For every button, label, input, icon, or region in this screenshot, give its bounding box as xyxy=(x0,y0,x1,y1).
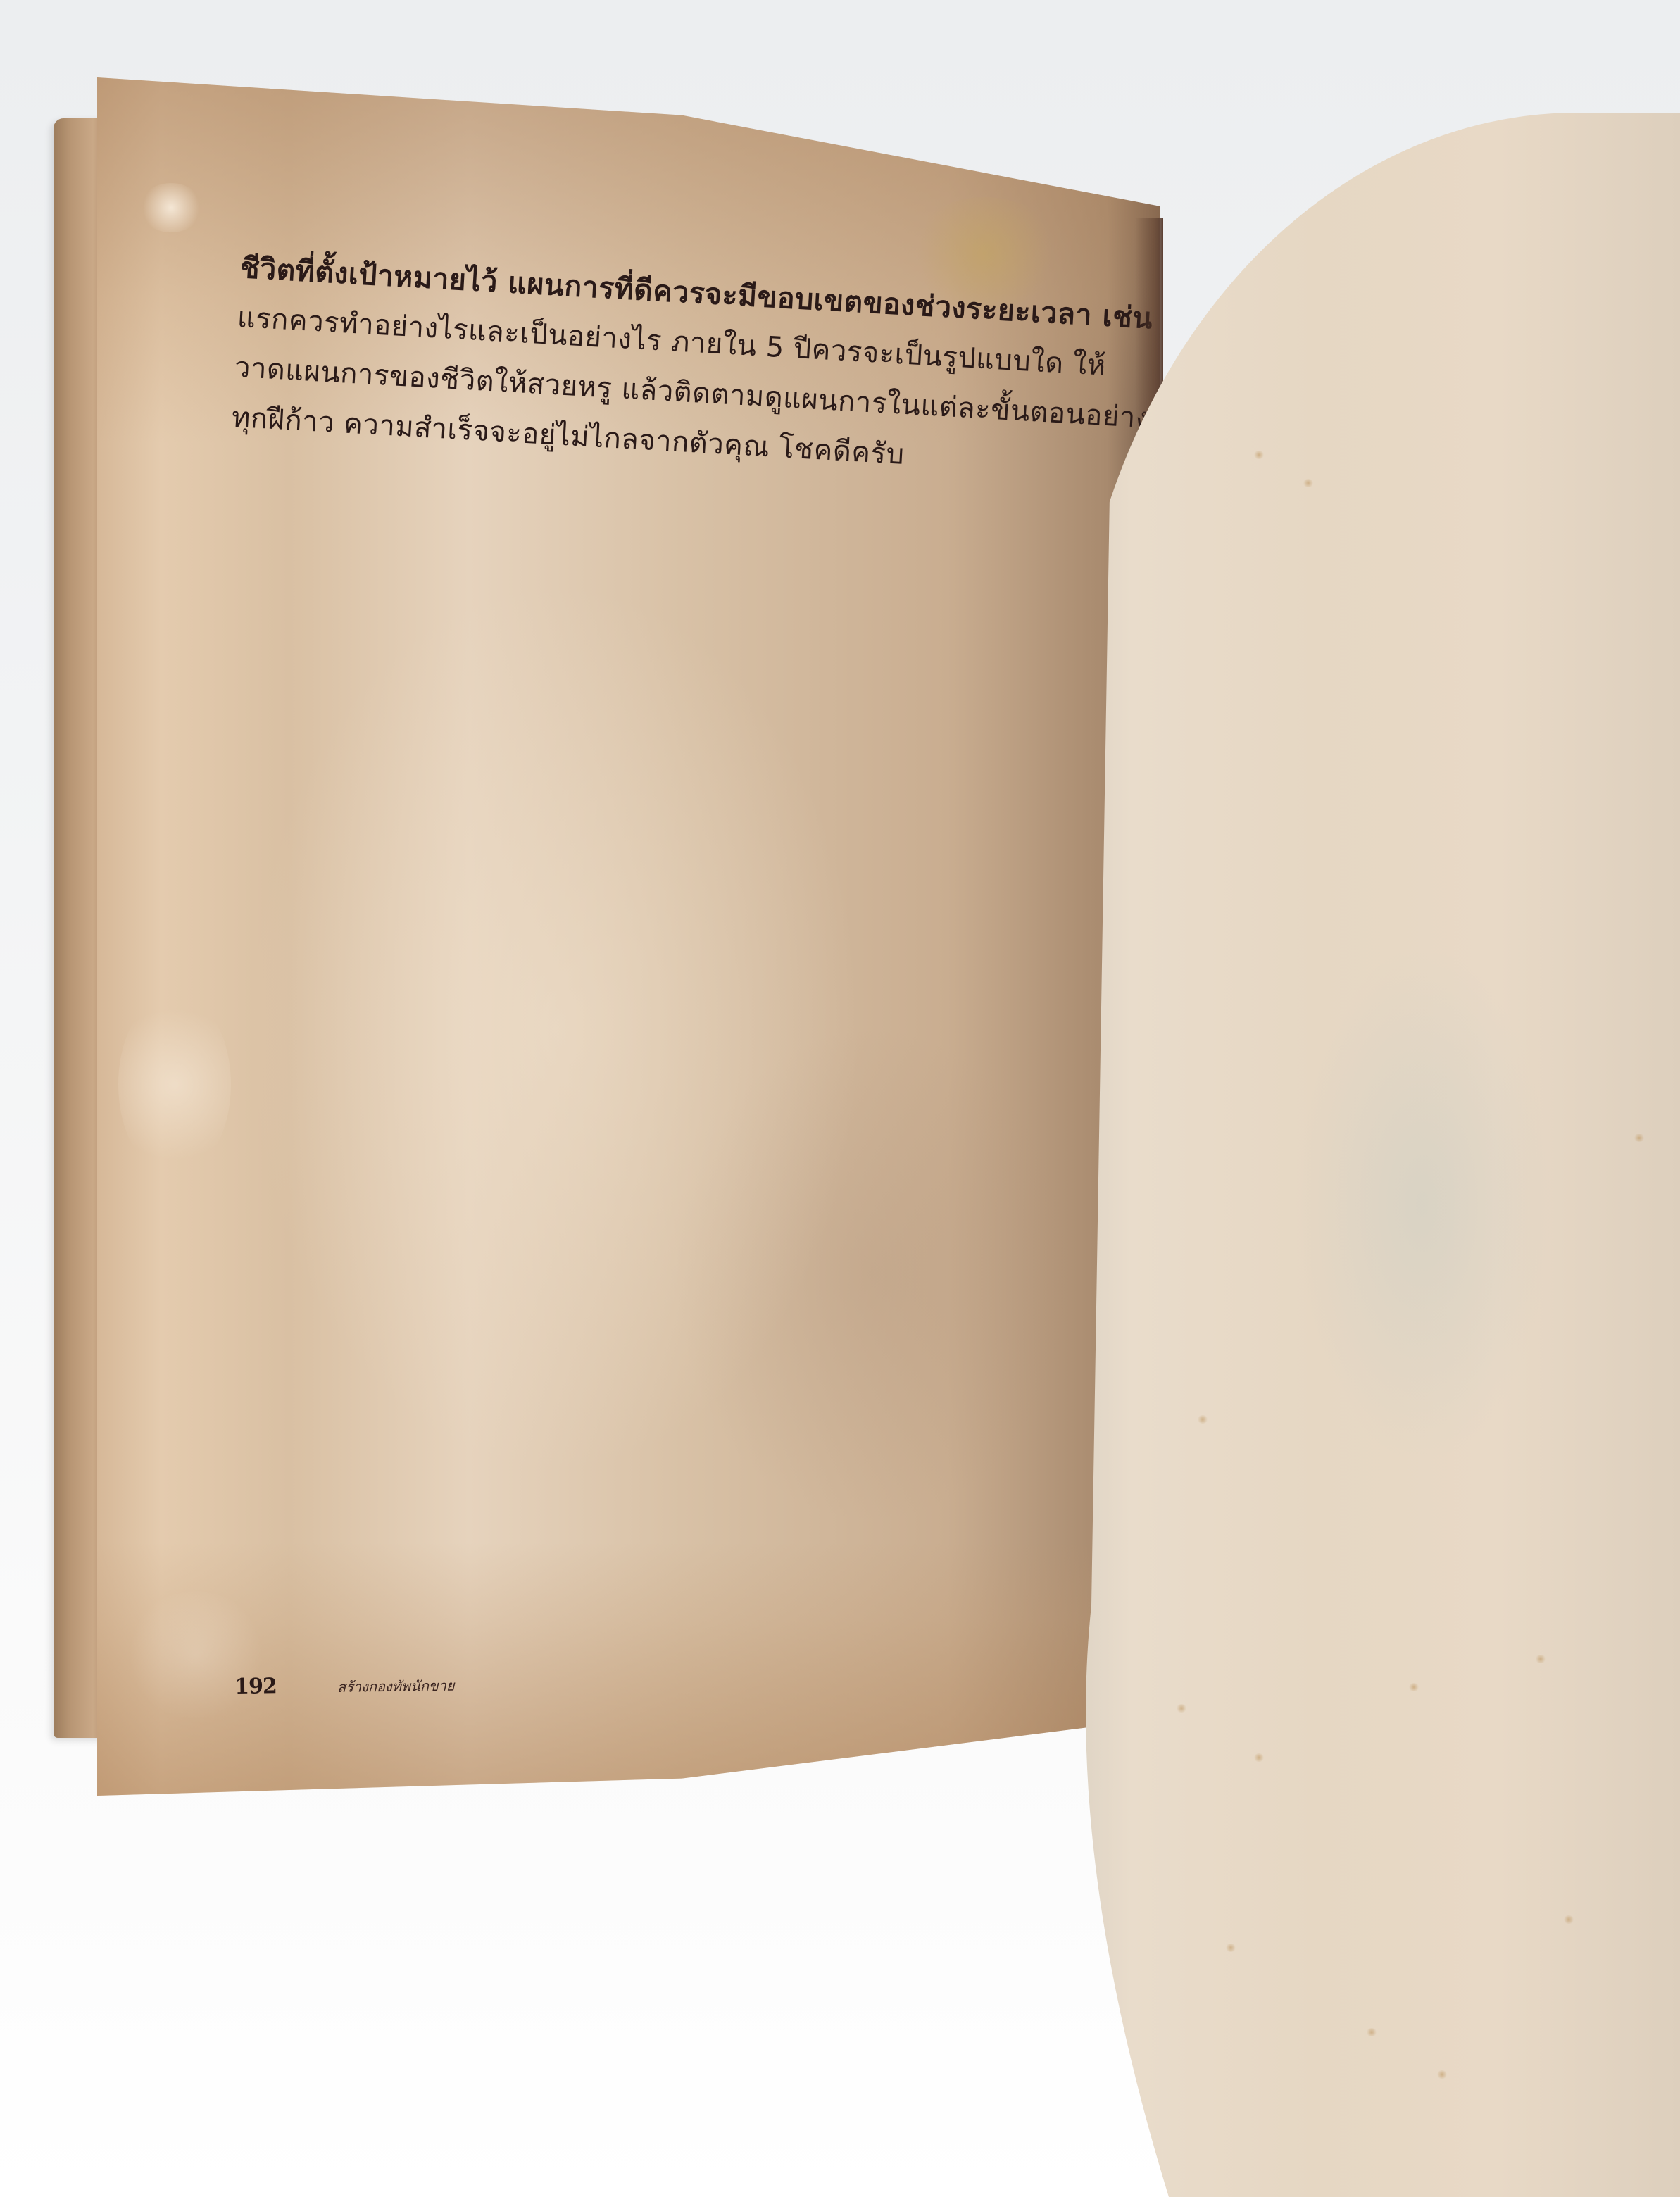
foxing-spot xyxy=(1408,1683,1419,1691)
page-footer: 192 สร้างกองทัพนักขาย xyxy=(234,1672,455,1700)
foxing-spot xyxy=(1176,1704,1187,1713)
foxing-spot xyxy=(1197,1415,1208,1424)
foxing-spot xyxy=(1253,451,1265,459)
foxing-spot xyxy=(1366,2028,1377,2036)
running-title: สร้างกองทัพนักขาย xyxy=(337,1675,455,1698)
left-page: ชีวิตที่ตั้งเป้าหมายไว้ แผนการที่ดีควรจะ… xyxy=(97,77,1160,1796)
right-page xyxy=(1070,113,1680,2197)
foxing-spot xyxy=(1634,1134,1645,1142)
foxing-spot xyxy=(1303,479,1314,487)
paper-spot xyxy=(118,993,231,1176)
foxing-spot xyxy=(1253,1753,1265,1762)
paper-spot xyxy=(139,183,203,232)
foxing-spot xyxy=(1563,1915,1574,1924)
page-number: 192 xyxy=(234,1674,277,1699)
foxing-spot xyxy=(1225,1944,1236,1952)
foxing-spot xyxy=(1535,1655,1546,1663)
foxing-spot xyxy=(1436,2070,1448,2079)
